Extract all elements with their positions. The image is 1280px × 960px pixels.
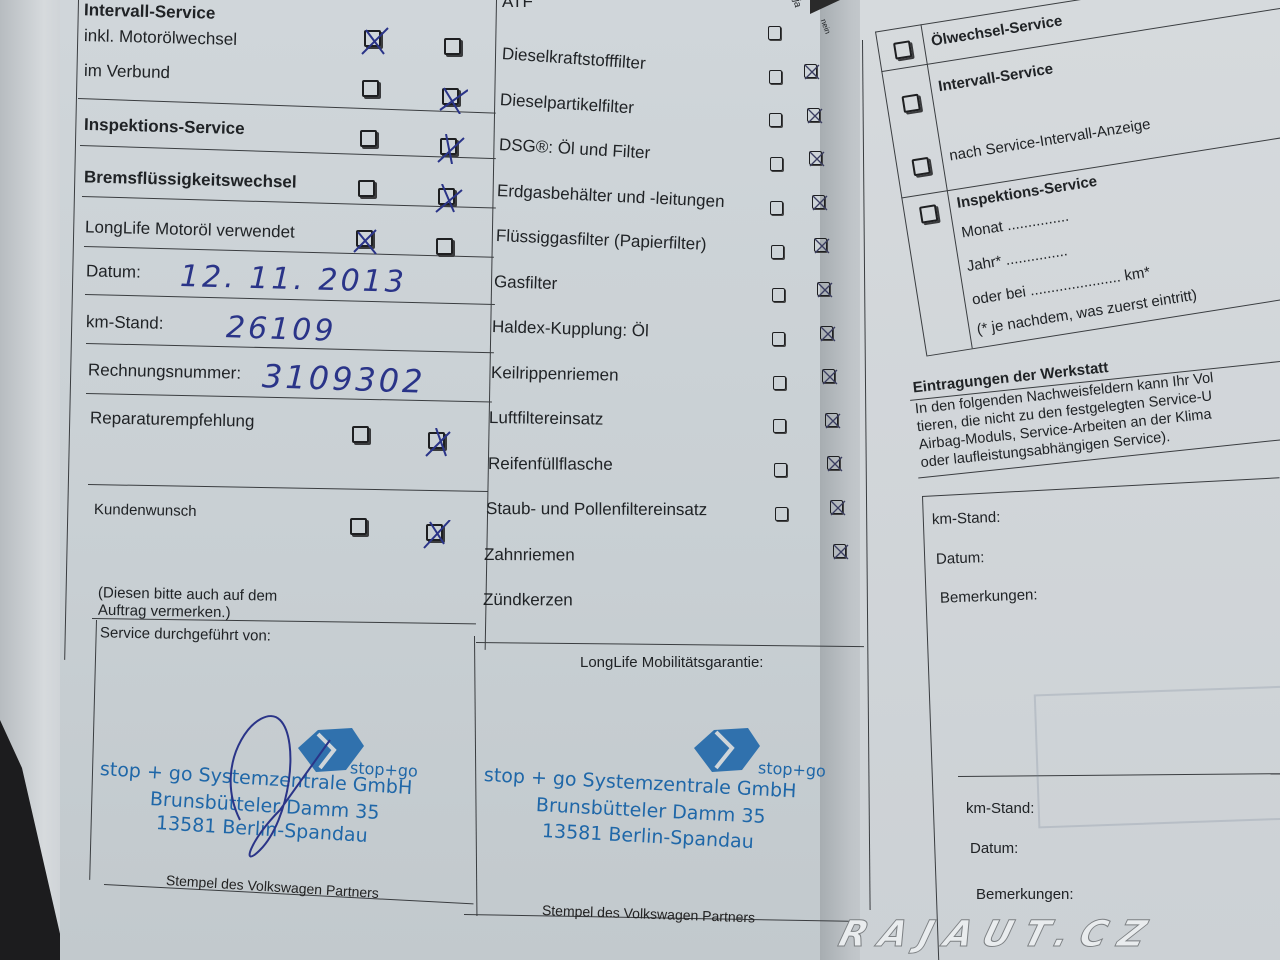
checkbox-ja[interactable] bbox=[770, 157, 783, 171]
checkbox-verbund-ja[interactable] bbox=[362, 80, 379, 97]
checkbox-ja[interactable] bbox=[774, 463, 787, 477]
checklist-item-label: Luftfiltereinsatz bbox=[489, 408, 604, 430]
checkbox-motoroel-ja[interactable] bbox=[364, 30, 381, 47]
checkbox-ja[interactable] bbox=[773, 419, 786, 433]
checklist-item-label: Reifenfüllflasche bbox=[488, 454, 613, 475]
next-service-box: Ölwechsel-Service Intervall-Service nach… bbox=[870, 0, 1280, 365]
checkbox-bremse-ja[interactable] bbox=[358, 180, 375, 197]
checkbox-ja[interactable] bbox=[769, 70, 782, 84]
checkbox-longlife-nein[interactable] bbox=[436, 238, 453, 255]
box-top bbox=[875, 0, 1280, 33]
row-label-intervall-service: Intervall-Service bbox=[84, 0, 216, 23]
row-label-im-verbund: im Verbund bbox=[84, 61, 170, 83]
stop-go-logo-icon bbox=[692, 726, 762, 774]
checkbox-inspektions-service[interactable] bbox=[919, 204, 938, 223]
option-service-intervall-anzeige: nach Service-Intervall-Anzeige bbox=[948, 116, 1152, 165]
checkbox-ja[interactable] bbox=[771, 245, 784, 259]
option-oelwechsel-service: Ölwechsel-Service bbox=[930, 12, 1064, 50]
checkbox-nein[interactable] bbox=[825, 413, 838, 427]
checkbox-kundenwunsch-ja[interactable] bbox=[350, 518, 367, 535]
checkbox-verbund-nein[interactable] bbox=[442, 88, 459, 105]
checklist-item-label: Zahnriemen bbox=[484, 545, 575, 565]
row-label-inspektions-service: Inspektions-Service bbox=[84, 115, 245, 139]
atf-label: ATF bbox=[502, 0, 533, 12]
datum-value[interactable]: 12. 11. 2013 bbox=[180, 259, 408, 300]
checkbox-nein[interactable] bbox=[807, 108, 820, 122]
entry2-km-label: km-Stand: bbox=[966, 800, 1034, 817]
checkbox-nein[interactable] bbox=[820, 326, 833, 340]
entry1-bemerkungen-label: Bemerkungen: bbox=[940, 586, 1038, 606]
stamp-logo-text: stop+go bbox=[758, 758, 827, 781]
checklist-item-label: Gasfilter bbox=[494, 272, 558, 294]
entry2-datum-label: Datum: bbox=[970, 840, 1018, 857]
checkbox-nein[interactable] bbox=[812, 195, 825, 209]
km-stand-value[interactable]: 26109 bbox=[225, 310, 337, 349]
watermark: RAJAUT.CZ bbox=[835, 914, 1163, 955]
checkbox-kundenwunsch-nein[interactable] bbox=[426, 524, 443, 541]
datum-label: Datum: bbox=[86, 261, 141, 282]
rechnungsnummer-label: Rechnungsnummer: bbox=[88, 360, 241, 383]
checklist-item-label: Staub- und Pollenfiltereinsatz bbox=[486, 499, 707, 520]
option-intervall-service: Intervall-Service bbox=[937, 60, 1054, 95]
checkbox-nein[interactable] bbox=[830, 500, 843, 514]
checkbox-reparatur-ja[interactable] bbox=[352, 426, 369, 443]
checkbox-bremse-nein[interactable] bbox=[438, 188, 455, 205]
checkbox-reparatur-nein[interactable] bbox=[428, 432, 445, 449]
signature bbox=[200, 700, 340, 880]
checklist-item-label: Zündkerzen bbox=[483, 590, 573, 610]
checkbox-ja[interactable] bbox=[769, 113, 782, 127]
kundenwunsch-label: Kundenwunsch bbox=[94, 501, 197, 520]
entry2-bemerkungen-label: Bemerkungen: bbox=[976, 886, 1074, 903]
note-line-2: Auftrag vermerken.) bbox=[98, 602, 231, 622]
rechnungsnummer-value[interactable]: 3109302 bbox=[261, 357, 426, 401]
reparatur-label: Reparaturempfehlung bbox=[90, 408, 255, 431]
checkbox-nein[interactable] bbox=[809, 151, 822, 165]
entry1-datum-label: Datum: bbox=[936, 549, 985, 568]
checkbox-longlife-ja[interactable] bbox=[356, 230, 373, 247]
mobility-guarantee-label: LongLife Mobilitätsgarantie: bbox=[580, 654, 763, 671]
faint-stamp-ghost bbox=[1034, 686, 1280, 829]
checkbox-ja[interactable] bbox=[772, 288, 785, 302]
service-by-label: Service durchgeführt von: bbox=[100, 624, 271, 644]
checklist-item-label: Keilrippenriemen bbox=[491, 363, 619, 386]
checkbox-intervall-service[interactable] bbox=[901, 94, 920, 113]
checkbox-oelwechsel-service[interactable] bbox=[893, 40, 912, 59]
checkbox-inspektion-ja[interactable] bbox=[360, 130, 377, 147]
checkbox-nein[interactable] bbox=[814, 238, 827, 252]
checkbox-nein[interactable] bbox=[827, 456, 840, 470]
checkbox-ja[interactable] bbox=[770, 201, 783, 215]
jahr-field[interactable]: Jahr* ............... bbox=[966, 242, 1069, 275]
checkbox-ja[interactable] bbox=[772, 332, 785, 346]
option-inspektions-service: Inspektions-Service bbox=[956, 173, 1099, 212]
checkbox-ja[interactable] bbox=[775, 507, 788, 521]
checkbox-nein[interactable] bbox=[833, 544, 846, 558]
km-stand-label: km-Stand: bbox=[86, 312, 164, 334]
checkbox-motoroel-nein[interactable] bbox=[444, 38, 461, 55]
checkbox-ja[interactable] bbox=[773, 376, 786, 390]
row-label-motoroelwechsel: inkl. Motorölwechsel bbox=[84, 26, 238, 50]
checkbox-service-intervall-anzeige[interactable] bbox=[911, 157, 930, 176]
checkbox-nein[interactable] bbox=[804, 64, 817, 78]
checkbox-nein[interactable] bbox=[817, 282, 830, 296]
checkbox-ja[interactable] bbox=[768, 26, 781, 40]
monat-field[interactable]: Monat ............... bbox=[960, 208, 1070, 242]
entry1-km-label: km-Stand: bbox=[932, 509, 1001, 528]
checkbox-inspektion-nein[interactable] bbox=[440, 138, 457, 155]
checkbox-nein[interactable] bbox=[822, 369, 835, 383]
